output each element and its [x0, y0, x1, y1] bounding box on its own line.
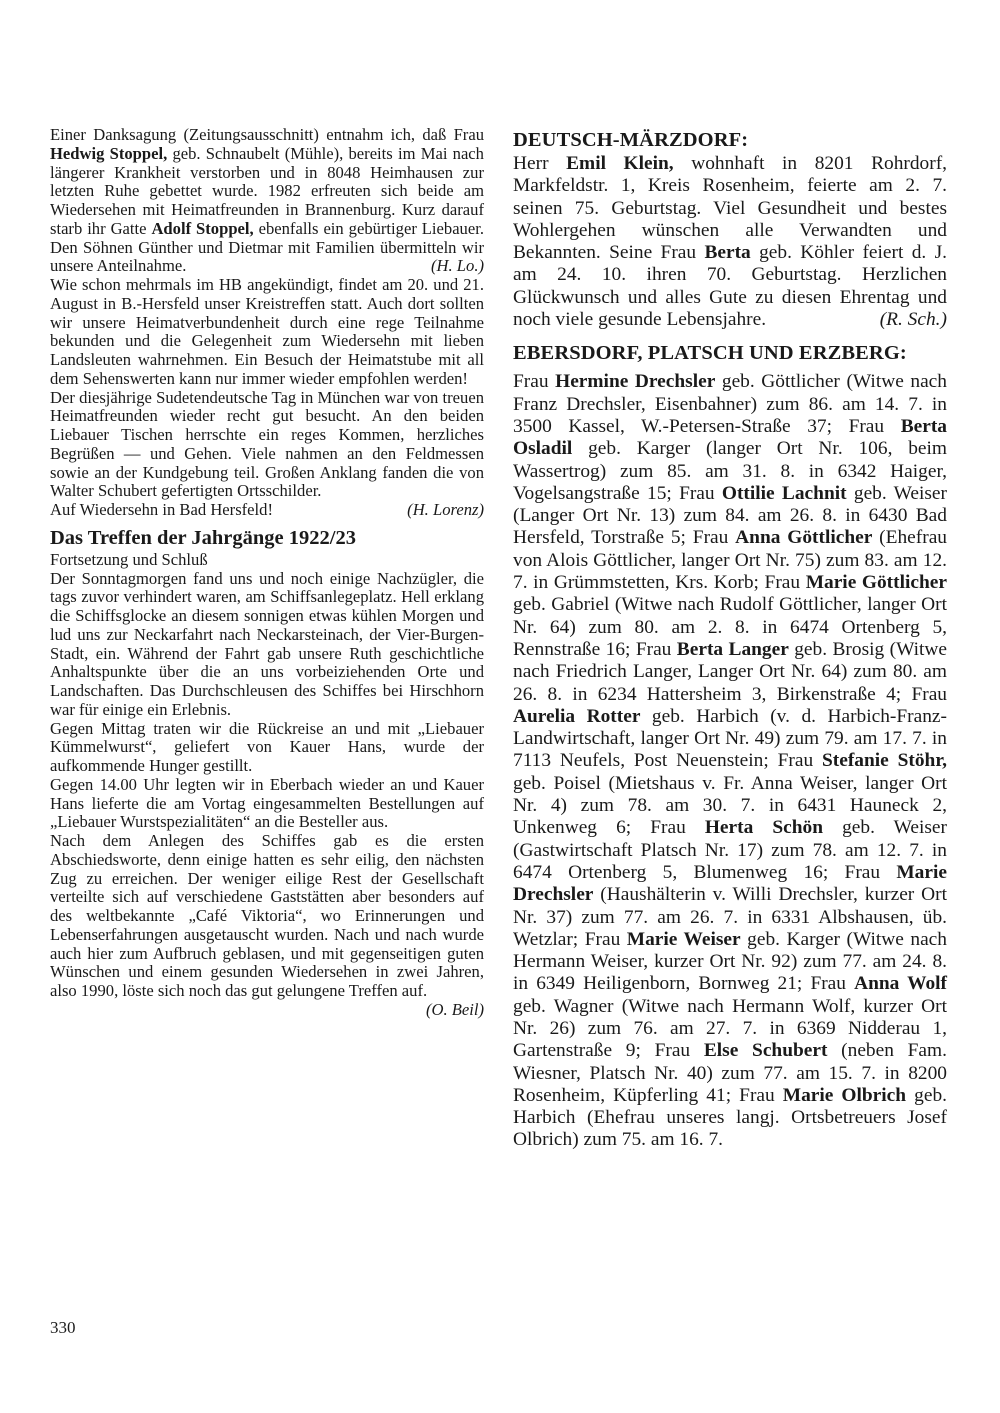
- person-name: Berta Langer: [677, 639, 789, 660]
- page-number: 330: [50, 1318, 76, 1338]
- section-heading-deutsch-maerzdorf: DEUTSCH-MÄRZDORF:: [513, 128, 947, 152]
- article-paragraph: Der Sonntagmorgen fand uns und noch eini…: [50, 570, 484, 720]
- article-paragraph: Gegen Mittag traten wir die Rückreise an…: [50, 720, 484, 776]
- person-name: Anna Göttlicher: [735, 527, 872, 548]
- article-title: Das Treffen der Jahrgänge 1922/23: [50, 526, 484, 550]
- person-name: Marie Olbrich: [783, 1085, 906, 1106]
- sudetendeutscher-tag-paragraph: Der diesjährige Sudetendeutsche Tag in M…: [50, 389, 484, 502]
- person-name: Emil Klein,: [566, 153, 674, 174]
- right-column: DEUTSCH-MÄRZDORF: Herr Emil Klein, wohnh…: [513, 128, 947, 1152]
- author-signature: (H. Lorenz): [395, 501, 484, 520]
- person-name: Marie Göttlicher: [806, 572, 947, 593]
- section-heading-ebersdorf: EBERSDORF, PLATSCH UND ERZBERG:: [513, 341, 947, 365]
- article-paragraph: Gegen 14.00 Uhr legten wir in Eberbach w…: [50, 776, 484, 832]
- person-name: Hermine Drechsler: [555, 371, 715, 392]
- person-name: Herta Schön: [705, 817, 823, 838]
- birthday-paragraph: Herr Emil Klein, wohnhaft in 8201 Rohrdo…: [513, 153, 947, 331]
- person-name: Aurelia Rotter: [513, 706, 640, 727]
- birthday-list-paragraph: Frau Hermine Drechsler geb. Göttlicher (…: [513, 371, 947, 1151]
- person-name: Ottilie Lachnit: [722, 483, 847, 504]
- person-name: Anna Wolf: [854, 973, 947, 994]
- article-paragraph: Nach dem Anlegen des Schiffes gab es die…: [50, 832, 484, 1001]
- kreistreffen-paragraph: Wie schon mehrmals im HB angekündigt, fi…: [50, 276, 484, 389]
- author-signature: (O. Beil): [414, 1001, 484, 1020]
- person-name: Marie Weiser: [627, 929, 741, 950]
- left-column: Einer Danksagung (Zeitungsausschnitt) en…: [50, 126, 484, 1020]
- person-name: Hedwig Stoppel,: [50, 144, 167, 163]
- person-name: Else Schubert: [704, 1040, 828, 1061]
- author-signature: (H. Lo.): [419, 257, 484, 276]
- person-name: Stefanie Stöhr,: [822, 750, 947, 771]
- person-name: Berta: [704, 242, 750, 263]
- article-subtitle: Fortsetzung und Schluß: [50, 551, 484, 570]
- obituary-paragraph: Einer Danksagung (Zeitungsausschnitt) en…: [50, 126, 484, 276]
- person-name: Adolf Stoppel,: [151, 219, 253, 238]
- author-signature: (R. Sch.): [868, 309, 947, 331]
- closing-line: Auf Wiedersehn in Bad Hersfeld!(H. Loren…: [50, 501, 484, 520]
